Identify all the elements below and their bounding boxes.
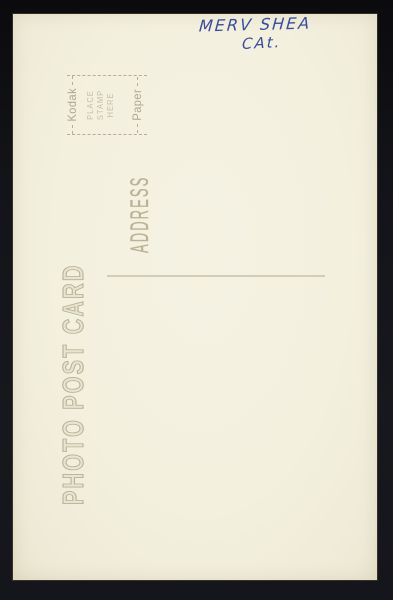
stamp-instruction-line: PLACE bbox=[86, 77, 96, 134]
stamp-instruction-line: HERE bbox=[106, 77, 116, 134]
photo-post-card-title-text: PHOTO POST CARD bbox=[58, 263, 90, 505]
dash-decoration bbox=[72, 76, 73, 85]
stamp-box-brand-row-bottom: Paper bbox=[130, 75, 144, 135]
stamp-instruction-line: STAMP bbox=[96, 77, 106, 134]
dash-decoration bbox=[137, 77, 138, 86]
stamp-box: Kodak PLACE STAMP HERE Paper bbox=[64, 75, 148, 135]
kodak-label: Kodak bbox=[65, 88, 79, 122]
stamp-instructions: PLACE STAMP HERE bbox=[86, 75, 116, 135]
photo-post-card-title: PHOTO POST CARD bbox=[58, 263, 91, 505]
printed-back-layer: PHOTO POST CARD Kodak PLACE STAMP HERE bbox=[13, 14, 377, 580]
handwritten-notation: CAt. bbox=[242, 33, 282, 53]
paper-label: Paper bbox=[130, 89, 144, 121]
address-label: ADDRESS bbox=[126, 176, 155, 253]
background-mat: PHOTO POST CARD Kodak PLACE STAMP HERE bbox=[0, 0, 393, 600]
dash-decoration bbox=[137, 124, 138, 133]
address-divider-line bbox=[107, 276, 325, 278]
handwritten-name: MERV SHEA bbox=[198, 14, 312, 35]
dash-decoration bbox=[72, 125, 73, 134]
stamp-box-brand-row-top: Kodak bbox=[65, 75, 79, 135]
postcard-back: PHOTO POST CARD Kodak PLACE STAMP HERE bbox=[13, 14, 377, 580]
